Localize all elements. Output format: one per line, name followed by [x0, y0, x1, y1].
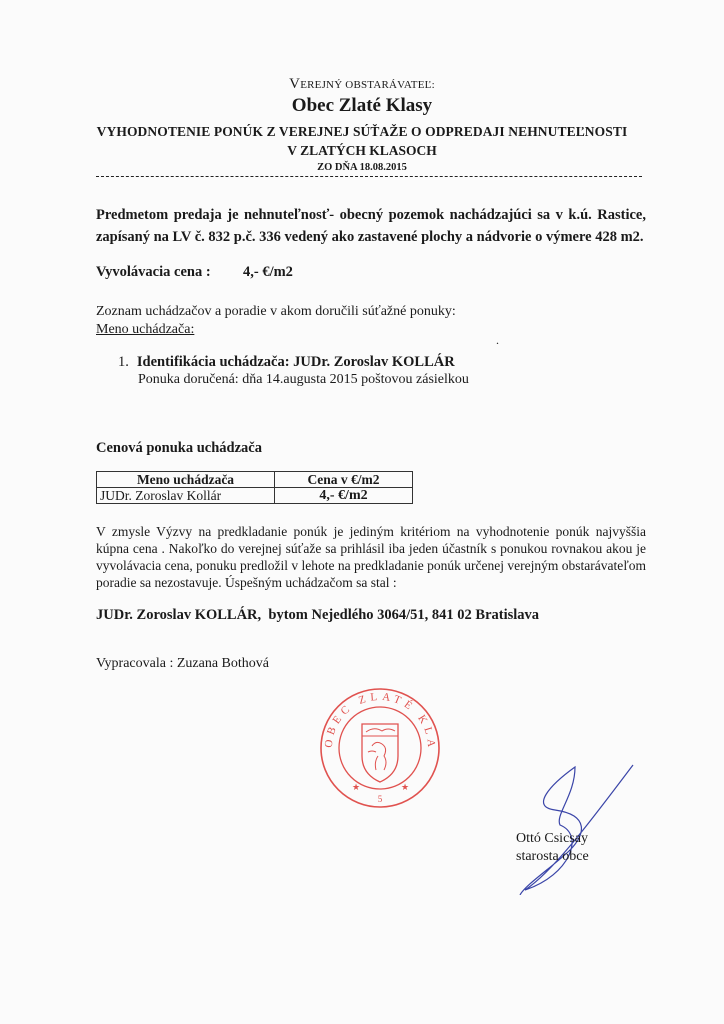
starting-price-value: 4,- €/m2: [243, 264, 293, 281]
signature-icon: [515, 755, 635, 895]
price-offer-heading: Cenová ponuka uchádzača: [96, 440, 262, 457]
winning-bidder: JUDr. Zoroslav KOLLÁR, bytom Nejedlého 3…: [96, 607, 539, 624]
bidders-intro: Zoznam uchádzačov a poradie v akom doruč…: [96, 304, 456, 320]
official-stamp-icon: OBEC ZLATÉ KLASY ★ ★ 5: [318, 686, 442, 810]
list-number: 1.: [118, 354, 129, 370]
document-title: VYHODNOTENIE PONÚK Z VEREJNEJ SÚŤAŽE O O…: [0, 124, 724, 140]
separator-line: [96, 176, 642, 177]
evaluation-paragraph: V zmysle Výzvy na predkladanie ponúk je …: [96, 523, 646, 591]
procurer-label: VEREJNÝ OBSTARÁVATEĽ:: [0, 76, 724, 93]
bidder-delivery: Ponuka doručená: dňa 14.augusta 2015 poš…: [138, 372, 469, 388]
stamp-number: 5: [378, 794, 383, 804]
organization-name: Obec Zlaté Klasy: [0, 95, 724, 117]
cell-price: 4,- €/m2: [275, 488, 413, 504]
starting-price-label: Vyvolávacia cena :: [96, 264, 211, 281]
document-date: ZO DŇA 18.08.2015: [0, 162, 724, 173]
stray-dot: .: [496, 333, 499, 348]
signatory-block: Ottó Csicsay starosta obce: [516, 830, 589, 866]
column-header-name: Meno uchádzača: [97, 472, 275, 488]
bidder-name-heading: Meno uchádzača:: [96, 322, 194, 338]
table-row: JUDr. Zoroslav Kollár 4,- €/m2: [97, 488, 413, 504]
subject-paragraph: Predmetom predaja je nehnuteľnosť- obecn…: [96, 204, 646, 248]
table-header-row: Meno uchádzača Cena v €/m2: [97, 472, 413, 488]
svg-text:★: ★: [401, 782, 409, 792]
price-offer-table: Meno uchádzača Cena v €/m2 JUDr. Zorosla…: [96, 471, 413, 504]
cell-bidder-name: JUDr. Zoroslav Kollár: [97, 488, 275, 504]
document-title-line2: V ZLATÝCH KLASOCH: [0, 143, 724, 159]
prepared-by: Vypracovala : Zuzana Bothová: [96, 656, 269, 672]
svg-text:★: ★: [352, 782, 360, 792]
bidder-list-item: 1.Identifikácia uchádzača: JUDr. Zorosla…: [118, 354, 455, 371]
signatory-role: starosta obce: [516, 848, 589, 866]
bidder-identification: Identifikácia uchádzača: JUDr. Zoroslav …: [137, 354, 455, 370]
column-header-price: Cena v €/m2: [275, 472, 413, 488]
signatory-name: Ottó Csicsay: [516, 830, 589, 848]
